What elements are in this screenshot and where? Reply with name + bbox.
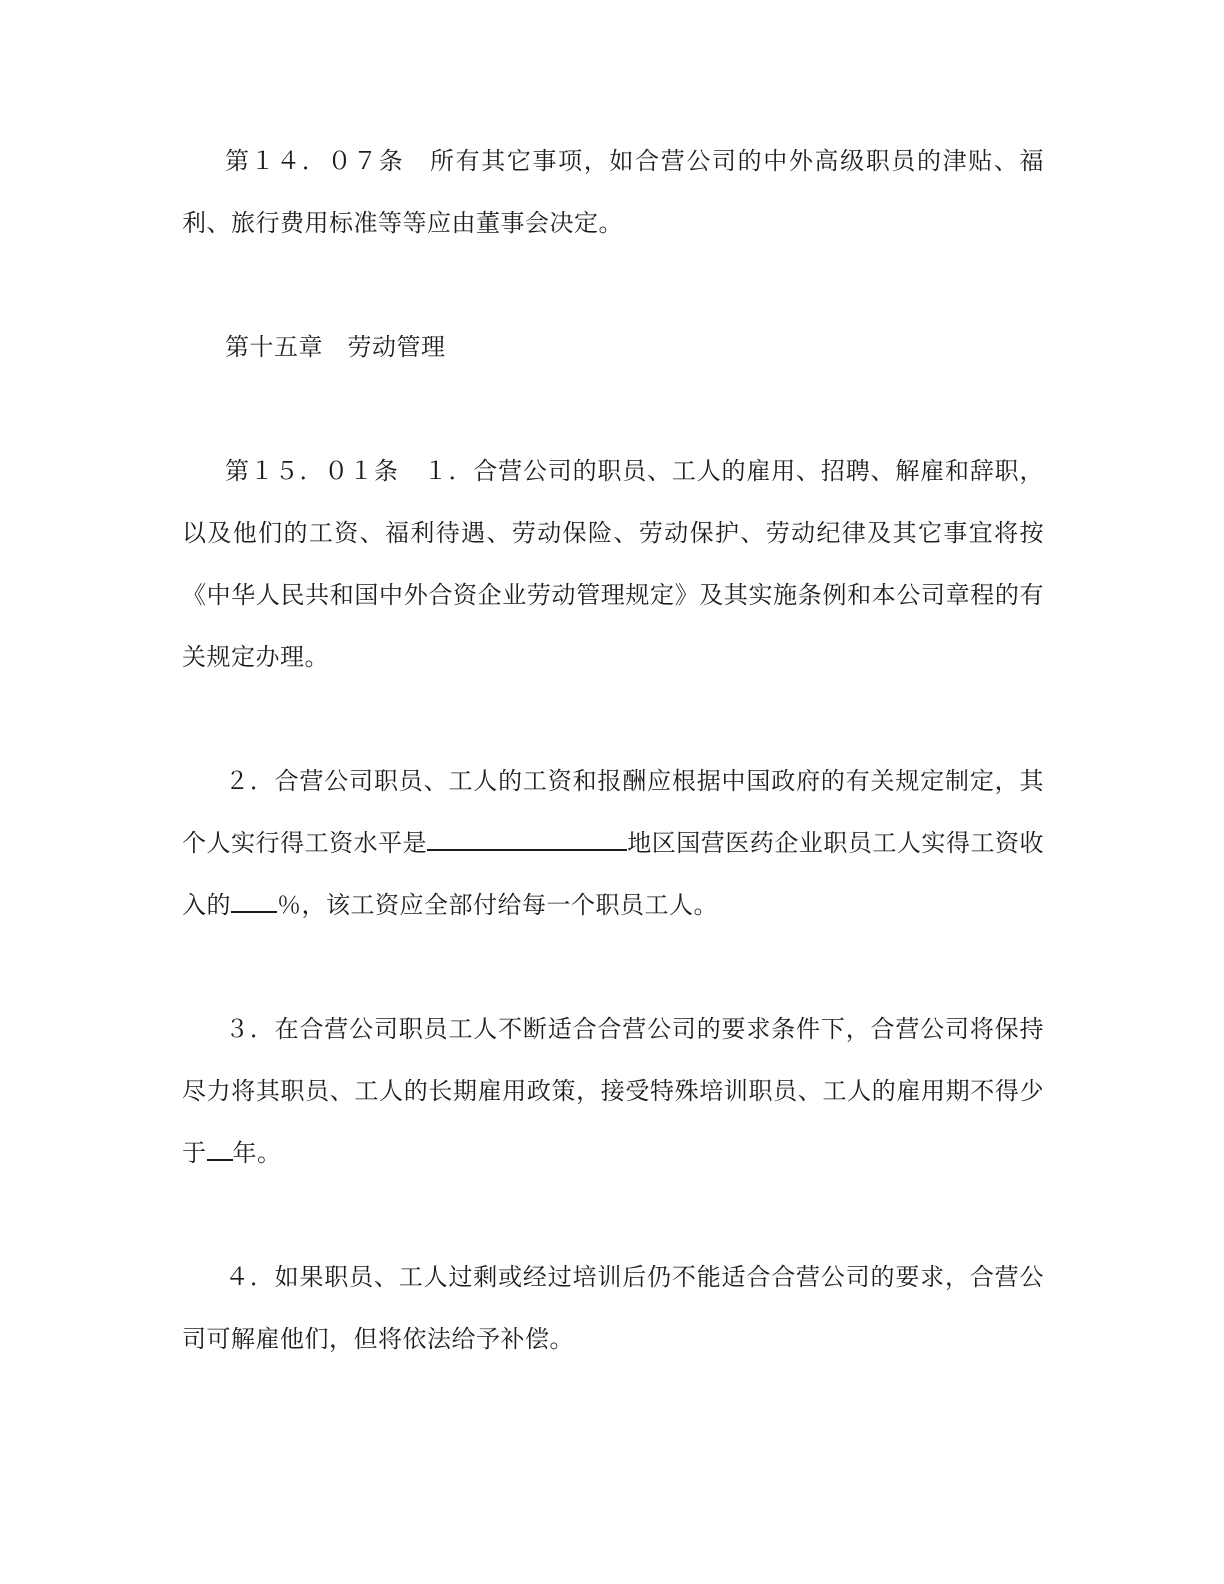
percentage-fill-in-blank [231, 909, 277, 913]
item-3-text-before-years-blank: ３．在合营公司职员工人不断适合合营公司的要求条件下，合营公司将保持尽力将其职员、… [182, 1017, 1044, 1167]
document-page: 第１４．０７条 所有其它事项，如合营公司的中外高级职员的津贴、福利、旅行费用标准… [0, 0, 1224, 1584]
article-14-07-paragraph: 第１４．０７条 所有其它事项，如合营公司的中外高级职员的津贴、福利、旅行费用标准… [182, 131, 1044, 255]
article-15-01-item-1-paragraph: 第１５．０１条 １．合营公司的职员、工人的雇用、招聘、解雇和辞职，以及他们的工资… [182, 441, 1044, 689]
item-3-text-after-years-blank: 年。 [233, 1141, 282, 1167]
chapter-15-heading: 第十五章 劳动管理 [182, 317, 1044, 379]
item-3-paragraph: ３．在合营公司职员工人不断适合合营公司的要求条件下，合营公司将保持尽力将其职员、… [182, 999, 1044, 1185]
item-2-paragraph: ２．合营公司职员、工人的工资和报酬应根据中国政府的有关规定制定，其个人实行得工资… [182, 751, 1044, 937]
item-4-paragraph: ４．如果职员、工人过剩或经过培训后仍不能适合合营公司的要求，合营公司可解雇他们，… [182, 1247, 1044, 1371]
region-fill-in-blank [427, 847, 627, 851]
item-2-text-after-percent-blank: ％，该工资应全部付给每一个职员工人。 [277, 893, 718, 919]
years-fill-in-blank [207, 1157, 233, 1161]
